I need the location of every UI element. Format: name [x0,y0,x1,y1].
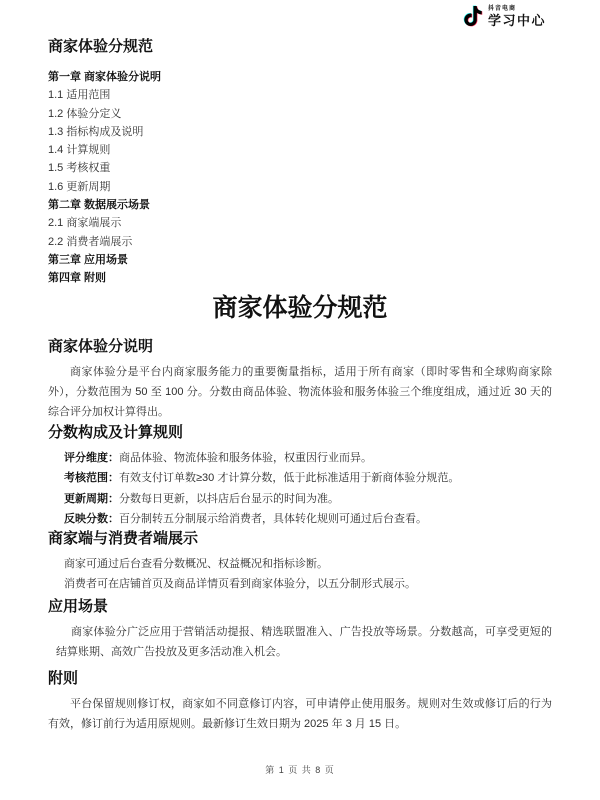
brand-logo: 抖音电商 学习中心 [463,5,546,27]
section-application-heading: 应用场景 [48,598,552,616]
rule-item-text: 百分制转五分制展示给消费者，具体转化规则可通过后台查看。 [119,513,427,525]
section-display-heading: 商家端与消费者端展示 [48,530,552,548]
logo-title: 学习中心 [488,14,546,27]
page-number-footer: 第 1 页 共 8 页 [0,763,600,776]
toc-item-1-1: 1.1 适用范围 [48,86,552,104]
section-overview: 商家体验分说明 商家体验分是平台内商家服务能力的重要衡量指标，适用于所有商家（即… [48,338,552,422]
toc-item-chapter-2: 第二章 数据展示场景 [48,196,552,214]
display-line-consumer: 消费者可在店铺首页及商品详情页看到商家体验分，以五分制形式展示。 [64,574,552,595]
section-application: 应用场景 商家体验分广泛应用于营销活动提报、精选联盟准入、广告投放等场景。分数越… [48,598,552,662]
toc-item-1-2: 1.2 体验分定义 [48,105,552,123]
section-application-paragraph: 商家体验分广泛应用于营销活动提报、精选联盟准入、广告投放等场景。分数越高，可享受… [56,622,552,662]
rule-item-score-mapping: 反映分数：百分制转五分制展示给消费者，具体转化规则可通过后台查看。 [64,509,552,530]
toc-title: 商家体验分规范 [48,38,552,56]
rule-item-label: 更新周期： [64,493,119,505]
section-overview-paragraph: 商家体验分是平台内商家服务能力的重要衡量指标，适用于所有商家（即时零售和全球购商… [48,362,552,422]
display-line-merchant: 商家可通过后台查看分数概况、权益概况和指标诊断。 [64,554,552,575]
toc-item-1-4: 1.4 计算规则 [48,141,552,159]
page-title: 商家体验分规范 [48,293,552,323]
section-display: 商家端与消费者端展示 商家可通过后台查看分数概况、权益概况和指标诊断。 消费者可… [48,530,552,595]
table-of-contents: 第一章 商家体验分说明 1.1 适用范围 1.2 体验分定义 1.3 指标构成及… [48,68,552,288]
section-score-rules-heading: 分数构成及计算规则 [48,424,552,442]
logo-subtitle: 抖音电商 [488,6,546,12]
toc-item-chapter-1: 第一章 商家体验分说明 [48,68,552,86]
rule-item-label: 反映分数： [64,513,119,525]
section-supplementary-heading: 附则 [48,670,552,688]
document-page: 商家体验分规范 第一章 商家体验分说明 1.1 适用范围 1.2 体验分定义 1… [0,38,600,734]
display-line-list: 商家可通过后台查看分数概况、权益概况和指标诊断。 消费者可在店铺首页及商品详情页… [64,554,552,595]
section-overview-heading: 商家体验分说明 [48,338,552,356]
section-supplementary: 附则 平台保留规则修订权，商家如不同意修订内容，可申请停止使用服务。规则对生效或… [48,670,552,734]
rule-item-update-cycle: 更新周期：分数每日更新，以抖店后台显示的时间为准。 [64,489,552,510]
toc-item-1-3: 1.3 指标构成及说明 [48,123,552,141]
rule-item-text: 分数每日更新，以抖店后台显示的时间为准。 [119,493,339,505]
section-supplementary-paragraph: 平台保留规则修订权，商家如不同意修订内容，可申请停止使用服务。规则对生效或修订后… [48,694,552,734]
logo-text: 抖音电商 学习中心 [488,6,546,27]
rule-item-list: 评分维度：商品体验、物流体验和服务体验，权重因行业而异。 考核范围：有效支付订单… [64,448,552,530]
toc-item-2-1: 2.1 商家端展示 [48,214,552,232]
rule-item-label: 评分维度： [64,452,119,464]
rule-item-text: 有效支付订单数≥30 才计算分数，低于此标准适用于新商体验分规范。 [119,472,459,484]
toc-item-1-5: 1.5 考核权重 [48,159,552,177]
toc-item-2-2: 2.2 消费者端展示 [48,233,552,251]
rule-item-dimensions: 评分维度：商品体验、物流体验和服务体验，权重因行业而异。 [64,448,552,469]
rule-item-scope: 考核范围：有效支付订单数≥30 才计算分数，低于此标准适用于新商体验分规范。 [64,468,552,489]
toc-item-chapter-3: 第三章 应用场景 [48,251,552,269]
toc-item-1-6: 1.6 更新周期 [48,178,552,196]
toc-item-chapter-4: 第四章 附则 [48,269,552,287]
rule-item-text: 商品体验、物流体验和服务体验，权重因行业而异。 [119,452,372,464]
section-score-rules: 分数构成及计算规则 评分维度：商品体验、物流体验和服务体验，权重因行业而异。 考… [48,424,552,530]
rule-item-label: 考核范围： [64,472,119,484]
tiktok-note-icon [463,5,483,27]
